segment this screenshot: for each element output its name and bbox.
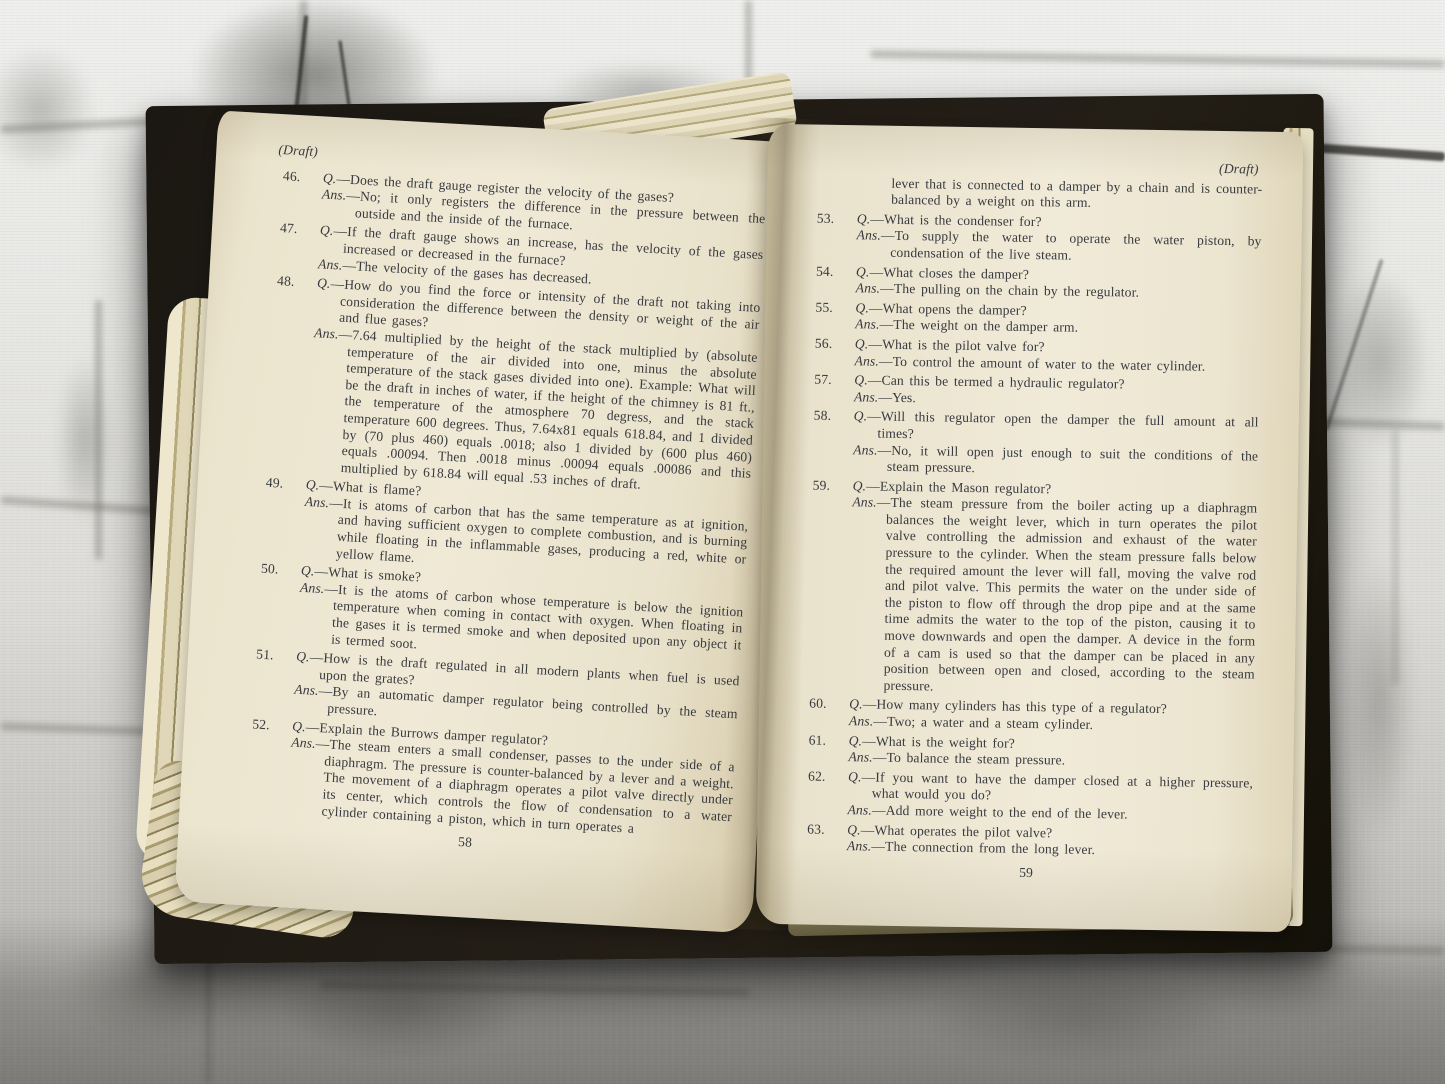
answer-text: No, it will open just enough to suit the… bbox=[887, 442, 1258, 475]
left-page: (Draft) 46. Q.—Does the draft gauge regi… bbox=[174, 110, 795, 933]
q-label: Q. bbox=[317, 275, 331, 291]
answer-text: The connection from the long lever. bbox=[885, 839, 1095, 857]
ans-label: Ans. bbox=[856, 228, 881, 243]
question-number: 58. bbox=[807, 408, 848, 475]
qa-entry: 60. Q.—How many cylinders has this type … bbox=[803, 696, 1254, 736]
question-number: 62. bbox=[801, 768, 842, 818]
question-number: 46. bbox=[275, 167, 318, 219]
question-text: What is the weight for? bbox=[876, 733, 1015, 750]
q-label: Q. bbox=[854, 372, 868, 387]
page-number-right: 59 bbox=[800, 861, 1251, 885]
q-label: Q. bbox=[847, 822, 861, 837]
question-number: 54. bbox=[810, 263, 851, 297]
question-text: What is the pilot valve for? bbox=[882, 337, 1045, 355]
qa-entry-body: Q.—How do you find the force or intensit… bbox=[306, 275, 760, 499]
ans-label: Ans. bbox=[849, 713, 874, 728]
em-dash: — bbox=[869, 300, 883, 315]
ans-label: Ans. bbox=[291, 735, 316, 751]
question-text: Explain the Mason regulator? bbox=[880, 478, 1052, 496]
em-dash: — bbox=[869, 264, 883, 279]
question-number: 55. bbox=[809, 299, 850, 333]
em-dash: — bbox=[346, 188, 361, 204]
em-dash: — bbox=[315, 736, 330, 752]
answer-paragraph: Ans.—The steam pressure from the boiler … bbox=[849, 494, 1257, 699]
em-dash: — bbox=[871, 839, 885, 854]
em-dash: — bbox=[862, 733, 876, 748]
q-label: Q. bbox=[305, 477, 319, 493]
em-dash: — bbox=[342, 257, 357, 273]
continuation-paragraph: lever that is connected to a damper by a… bbox=[857, 175, 1262, 215]
question-text: What opens the damper? bbox=[883, 300, 1027, 317]
ans-label: Ans. bbox=[852, 494, 877, 509]
answer-text: To balance the steam pressure. bbox=[886, 750, 1065, 768]
ans-label: Ans. bbox=[294, 682, 319, 698]
question-text: Can this be termed a hydraulic regulator… bbox=[881, 373, 1124, 392]
ans-label: Ans. bbox=[322, 187, 347, 203]
em-dash: — bbox=[338, 326, 353, 342]
em-dash: — bbox=[330, 276, 345, 292]
em-dash: — bbox=[333, 223, 348, 239]
em-dash: — bbox=[319, 478, 334, 494]
ans-label: Ans. bbox=[848, 749, 873, 764]
qa-entry-body: Q.—What operates the pilot valve? Ans.—T… bbox=[847, 822, 1252, 862]
qa-entry-body: Q.—What is the weight for? Ans.—To balan… bbox=[848, 733, 1253, 773]
em-dash: — bbox=[879, 317, 893, 332]
qa-entry-body: Q.—Explain the Burrows damper regulator?… bbox=[287, 718, 736, 842]
em-dash: — bbox=[872, 803, 886, 818]
qa-entry: 63. Q.—What operates the pilot valve? An… bbox=[801, 821, 1252, 861]
ans-label: Ans. bbox=[318, 256, 343, 272]
question-number: 61. bbox=[802, 732, 843, 766]
qa-entry-body: Q.—Will this regulator open the damper t… bbox=[853, 409, 1259, 482]
qa-entry-body: Q.—How many cylinders has this type of a… bbox=[849, 697, 1254, 737]
em-dash: — bbox=[861, 822, 875, 837]
question-number: 53. bbox=[810, 210, 851, 260]
q-label: Q. bbox=[856, 264, 870, 279]
question-text: If you want to have the damper closed at… bbox=[872, 769, 1253, 802]
qa-list-right: 53. Q.—What is the condenser for? Ans.—T… bbox=[801, 210, 1262, 861]
answer-text: To supply the water to operate the water… bbox=[890, 228, 1261, 262]
question-number: 63. bbox=[801, 821, 842, 855]
qa-entry: 57. Q.—Can this be termed a hydraulic re… bbox=[808, 372, 1259, 412]
question-number: 48. bbox=[260, 273, 311, 474]
qa-entry: 61. Q.—What is the weight for? Ans.—To b… bbox=[802, 732, 1253, 772]
question-number: 47. bbox=[272, 220, 315, 272]
em-dash: — bbox=[870, 211, 884, 226]
qa-entry-body: Q.—Explain the Mason regulator? Ans.—The… bbox=[849, 478, 1257, 700]
answer-text: The weight on the damper arm. bbox=[893, 317, 1078, 335]
question-number: 51. bbox=[247, 646, 291, 715]
open-book: (Draft) 46. Q.—Does the draft gauge regi… bbox=[0, 0, 1445, 1084]
question-number: 59. bbox=[803, 477, 846, 693]
q-label: Q. bbox=[296, 649, 310, 665]
ans-label: Ans. bbox=[855, 317, 880, 332]
em-dash: — bbox=[881, 228, 895, 243]
em-dash: — bbox=[305, 719, 320, 735]
ans-label: Ans. bbox=[847, 802, 872, 817]
qa-list-left: 46. Q.—Does the draft gauge register the… bbox=[241, 167, 766, 842]
em-dash: — bbox=[867, 409, 881, 424]
qa-entry-body: Q.—What is the pilot valve for? Ans.—To … bbox=[854, 336, 1259, 376]
em-dash: — bbox=[868, 336, 882, 351]
answer-paragraph: Ans.—To supply the water to operate the … bbox=[856, 228, 1261, 268]
ans-label: Ans. bbox=[853, 442, 878, 457]
question-number: 50. bbox=[251, 560, 296, 645]
em-dash: — bbox=[314, 564, 329, 580]
q-label: Q. bbox=[857, 211, 871, 226]
q-label: Q. bbox=[855, 336, 869, 351]
ans-label: Ans. bbox=[300, 580, 325, 596]
q-label: Q. bbox=[853, 478, 867, 493]
qa-entry: 58. Q.—Will this regulator open the damp… bbox=[807, 408, 1259, 481]
ans-label: Ans. bbox=[304, 494, 329, 510]
question-number: 52. bbox=[241, 716, 286, 818]
question-number: 57. bbox=[808, 372, 849, 406]
em-dash: — bbox=[873, 750, 887, 765]
answer-text: Yes. bbox=[892, 390, 916, 405]
em-dash: — bbox=[873, 714, 887, 729]
qa-entry-body: Q.—What closes the damper? Ans.—The pull… bbox=[856, 264, 1261, 304]
qa-entry: 59. Q.—Explain the Mason regulator? Ans.… bbox=[803, 477, 1257, 700]
q-label: Q. bbox=[855, 300, 869, 315]
em-dash: — bbox=[863, 697, 877, 712]
em-dash: — bbox=[324, 581, 339, 597]
question-text: What is the condenser for? bbox=[884, 211, 1042, 228]
question-text: What operates the pilot valve? bbox=[874, 822, 1052, 840]
answer-text: Two; a water and a steam cylinder. bbox=[887, 714, 1093, 732]
q-label: Q. bbox=[854, 409, 868, 424]
em-dash: — bbox=[309, 650, 324, 666]
q-label: Q. bbox=[320, 223, 334, 239]
qa-entry: 54. Q.—What closes the damper? Ans.—The … bbox=[810, 263, 1261, 303]
q-label: Q. bbox=[292, 718, 306, 734]
answer-text: The pulling on the chain by the regulato… bbox=[894, 281, 1140, 300]
q-label: Q. bbox=[301, 563, 315, 579]
ans-label: Ans. bbox=[847, 838, 872, 853]
question-text: What closes the damper? bbox=[883, 264, 1029, 281]
question-number: 49. bbox=[256, 475, 301, 560]
em-dash: — bbox=[880, 281, 894, 296]
em-dash: — bbox=[879, 353, 893, 368]
em-dash: — bbox=[877, 495, 891, 510]
answer-paragraph: Ans.—No, it will open just enough to sui… bbox=[853, 442, 1258, 482]
q-label: Q. bbox=[323, 170, 337, 186]
right-page: (Draft) lever that is connected to a dam… bbox=[756, 124, 1303, 932]
qa-entry: 48. Q.—How do you find the force or inte… bbox=[260, 273, 760, 499]
qa-entry: 53. Q.—What is the condenser for? Ans.—T… bbox=[810, 210, 1262, 267]
ans-label: Ans. bbox=[856, 280, 881, 295]
em-dash: — bbox=[877, 442, 891, 457]
ans-label: Ans. bbox=[854, 389, 879, 404]
q-label: Q. bbox=[848, 769, 862, 784]
question-number: 60. bbox=[803, 696, 844, 730]
qa-entry: 62. Q.—If you want to have the damper cl… bbox=[801, 768, 1253, 825]
em-dash: — bbox=[329, 495, 344, 511]
em-dash: — bbox=[878, 389, 892, 404]
em-dash: — bbox=[866, 478, 880, 493]
qa-entry-body: Q.—Can this be termed a hydraulic regula… bbox=[854, 372, 1259, 412]
ans-label: Ans. bbox=[854, 353, 879, 368]
q-label: Q. bbox=[849, 697, 863, 712]
answer-text: Add more weight to the end of the lever. bbox=[886, 803, 1128, 822]
qa-entry-body: Q.—What is the condenser for? Ans.—To su… bbox=[856, 211, 1262, 267]
em-dash: — bbox=[318, 683, 333, 699]
answer-text: 7.64 multiplied by the height of the sta… bbox=[340, 327, 758, 491]
ans-label: Ans. bbox=[314, 325, 339, 341]
qa-entry-body: Q.—What opens the damper? Ans.—The weigh… bbox=[855, 300, 1260, 340]
qa-entry: 56. Q.—What is the pilot valve for? Ans.… bbox=[808, 335, 1259, 375]
question-number: 56. bbox=[808, 335, 849, 369]
answer-paragraph: Ans.—7.64 multiplied by the height of th… bbox=[306, 325, 758, 499]
q-label: Q. bbox=[849, 733, 863, 748]
qa-entry-body: Q.—If you want to have the damper closed… bbox=[847, 769, 1253, 825]
em-dash: — bbox=[861, 769, 875, 784]
qa-entry: 55. Q.—What opens the damper? Ans.—The w… bbox=[809, 299, 1260, 339]
em-dash: — bbox=[868, 373, 882, 388]
answer-text: The steam pressure from the boiler actin… bbox=[883, 495, 1257, 693]
question-text: Will this regulator open the damper the … bbox=[877, 409, 1258, 441]
em-dash: — bbox=[336, 171, 351, 187]
